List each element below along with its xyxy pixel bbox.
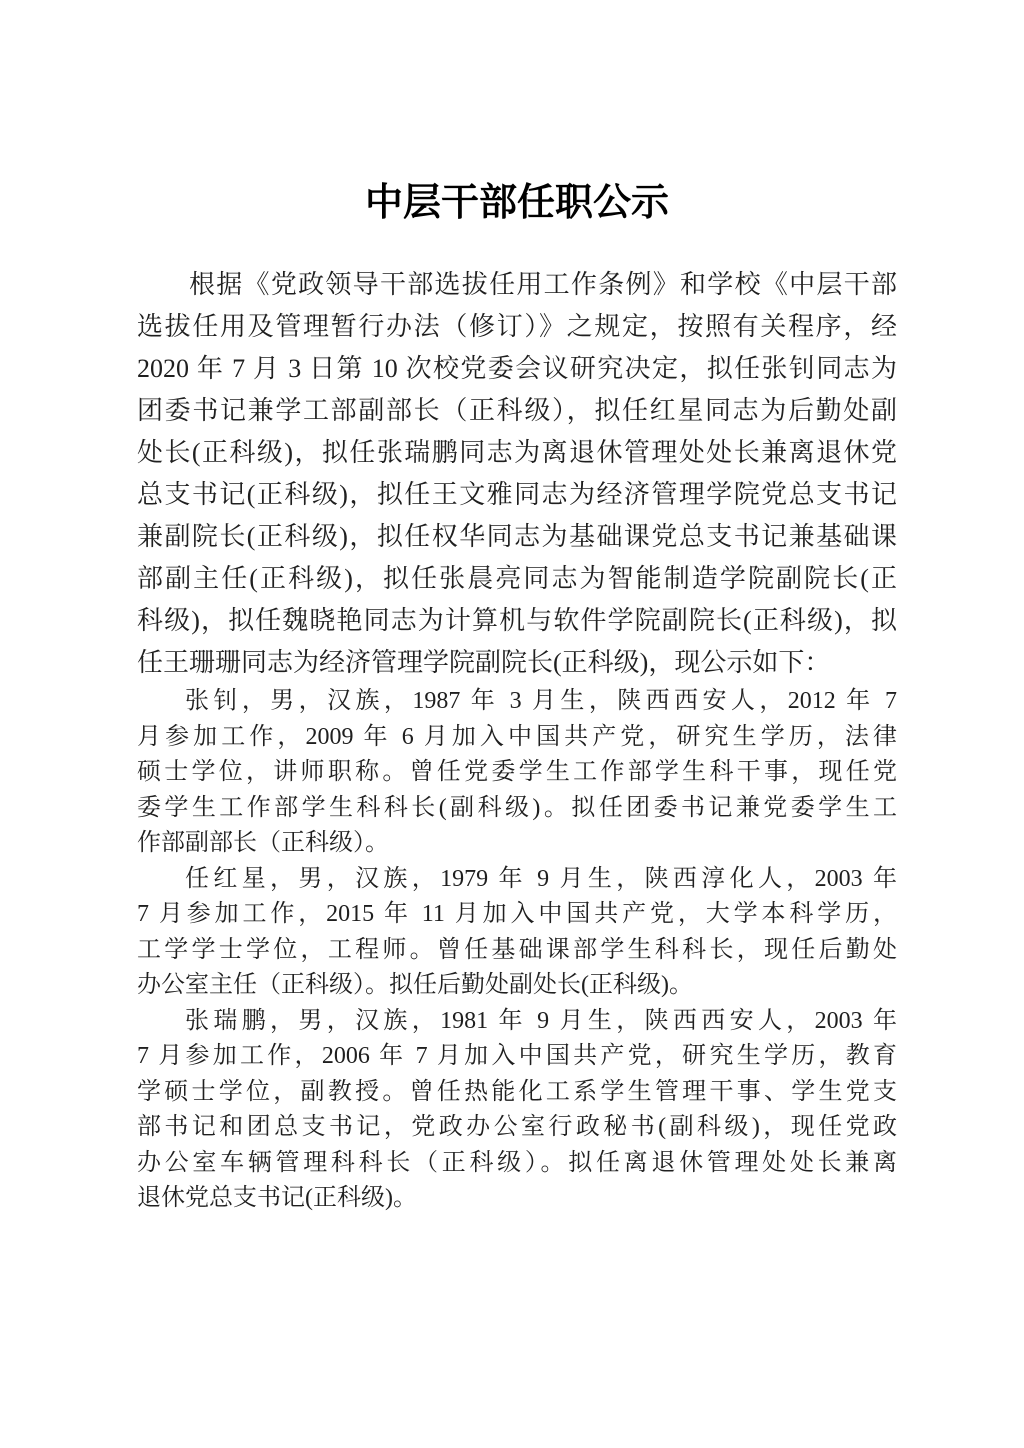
text-line: 学硕士学位，副教授。曾任热能化工系学生管理干事、学生党支 [137, 1075, 897, 1111]
text-line: 团委书记兼学工部副部长（正科级），拟任红星同志为后勤处副 [137, 390, 897, 432]
text-line: 根据《党政领导干部选拔任用工作条例》和学校《中层干部 [137, 264, 897, 306]
text-line: 任王珊珊同志为经济管理学院副院长(正科级)，现公示如下： [137, 642, 897, 684]
text-line: 退休党总支书记(正科级)。 [137, 1181, 897, 1217]
text-line: 月参加工作，2009 年 6 月加入中国共产党，研究生学历，法律 [137, 720, 897, 756]
text-line: 委学生工作部学生科科长(副科级)。拟任团委书记兼党委学生工 [137, 791, 897, 827]
text-line: 7 月参加工作，2006 年 7 月加入中国共产党，研究生学历，教育 [137, 1039, 897, 1075]
paragraph: 张钊，男，汉族，1987 年 3 月生，陕西西安人，2012 年 7月参加工作，… [137, 684, 897, 862]
document-title: 中层干部任职公示 [137, 180, 897, 226]
text-line: 选拔任用及管理暂行办法（修订）》之规定，按照有关程序，经 [137, 306, 897, 348]
text-line: 兼副院长(正科级)，拟任权华同志为基础课党总支书记兼基础课 [137, 516, 897, 558]
text-line: 任红星，男，汉族，1979 年 9 月生，陕西淳化人，2003 年 [137, 862, 897, 898]
text-line: 科级)，拟任魏晓艳同志为计算机与软件学院副院长(正科级)，拟 [137, 600, 897, 642]
text-line: 2020 年 7 月 3 日第 10 次校党委会议研究决定，拟任张钊同志为 [137, 348, 897, 390]
text-line: 张瑞鹏，男，汉族，1981 年 9 月生，陕西西安人，2003 年 [137, 1004, 897, 1040]
document-body: 根据《党政领导干部选拔任用工作条例》和学校《中层干部选拔任用及管理暂行办法（修订… [137, 264, 897, 1217]
text-line: 7 月参加工作，2015 年 11 月加入中国共产党，大学本科学历， [137, 897, 897, 933]
text-line: 办公室主任（正科级）。拟任后勤处副处长(正科级)。 [137, 968, 897, 1004]
text-line: 处长(正科级)，拟任张瑞鹏同志为离退休管理处处长兼离退休党 [137, 432, 897, 474]
text-line: 张钊，男，汉族，1987 年 3 月生，陕西西安人，2012 年 7 [137, 684, 897, 720]
text-line: 硕士学位，讲师职称。曾任党委学生工作部学生科干事，现任党 [137, 755, 897, 791]
document-page: 中层干部任职公示 根据《党政领导干部选拔任用工作条例》和学校《中层干部选拔任用及… [0, 0, 1024, 1448]
paragraph: 任红星，男，汉族，1979 年 9 月生，陕西淳化人，2003 年7 月参加工作… [137, 862, 897, 1004]
text-line: 部书记和团总支书记，党政办公室行政秘书(副科级)，现任党政 [137, 1110, 897, 1146]
text-line: 工学学士学位，工程师。曾任基础课部学生科科长，现任后勤处 [137, 933, 897, 969]
text-line: 部副主任(正科级)，拟任张晨亮同志为智能制造学院副院长(正 [137, 558, 897, 600]
text-line: 作部副部长（正科级）。 [137, 826, 897, 862]
paragraph: 张瑞鹏，男，汉族，1981 年 9 月生，陕西西安人，2003 年7 月参加工作… [137, 1004, 897, 1217]
paragraph: 根据《党政领导干部选拔任用工作条例》和学校《中层干部选拔任用及管理暂行办法（修订… [137, 264, 897, 684]
text-line: 总支书记(正科级)，拟任王文雅同志为经济管理学院党总支书记 [137, 474, 897, 516]
text-line: 办公室车辆管理科科长（正科级）。拟任离退休管理处处长兼离 [137, 1146, 897, 1182]
